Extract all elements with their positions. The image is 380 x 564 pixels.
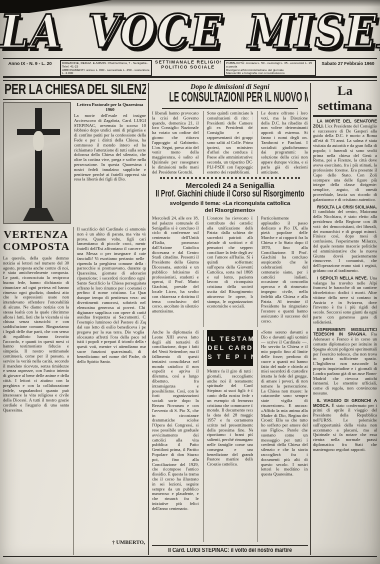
consultations-col-3: Le destre offrono i loro voti, ma la Dir… [257, 111, 308, 174]
left-top-row: Lettera Pastorale per la Quaresima 1960 … [3, 102, 146, 224]
column-rule-left [148, 83, 149, 555]
paper-type: SETTIMANALE RELIGIOSO POLITICO SOCIALE [155, 60, 221, 76]
week-item-text: L'ex Presidente del Consiglio e successo… [313, 123, 377, 201]
christ-figure [33, 131, 44, 151]
testament-quotes-column: «Sono sereno davanti a Dio e davanti agl… [257, 330, 308, 542]
week-item: LA MORTE DEL SENATORE ZOLI. L'ex Preside… [313, 119, 377, 202]
week-item: IL VIAGGIO DI GRONCHI A MOSCA. È stato c… [313, 398, 377, 452]
event-col-1: Mercoledì 24, alle ore 18, nel palazzo c… [152, 216, 199, 327]
vertenza-body: La querela, della quale demmo notizia ai… [3, 256, 69, 546]
testament-column: IL TESTAMENTO DEL CARDINALE S T E P I N … [203, 330, 254, 542]
bishop-signature: † UMBERTO, Vescovo [112, 539, 146, 545]
pastoral-letter-body: Il sacrificio del Cardinale ci ammonisce… [77, 227, 146, 539]
ads-info-box: PUBBLICITÀ: cronaca L. 50 - necrologi L.… [224, 60, 316, 76]
crucifix-photo [3, 102, 71, 224]
cross-base [23, 208, 54, 221]
left-lower-columns: VERTENZA COMPOSTA La querela, della qual… [3, 227, 146, 555]
testament-box-line3: S T E P I N A C [208, 353, 253, 362]
cross-vertical-bar [35, 108, 42, 210]
week-item-text: Il candidato del centro, Maiorana della … [313, 209, 377, 273]
column-rule-right [310, 83, 311, 555]
content-top-rule [3, 80, 377, 81]
consultations-headline: LE CONSULTAZIONI PER IL NUOVO MINISTERO [169, 90, 291, 109]
pastoral-letter-intro: Lettera Pastorale per la Quaresima 1960 … [74, 102, 146, 224]
event-columns: Mercoledì 24, alle ore 18, nel palazzo c… [152, 216, 308, 327]
newspaper-page: LA VOCE MISENA Anno IX - N. 9 - L. 20 DI… [0, 0, 380, 564]
lower-columns: Anche la diplomazia di Leone XIII aveva … [152, 330, 308, 542]
week-item-text: Fra Adenauer e Franco è in corso un cont… [313, 332, 377, 396]
admin-info-box: DIREZIONE, REDAZ. E AMMIN.: Piazza Roma,… [60, 60, 152, 76]
consultations-col-2: Sono quindi cominciate le consultazioni … [203, 111, 254, 174]
week-item: ESPERIMENTI MISSILISTICI TEDESCHI IN SPA… [313, 327, 377, 396]
pastoral-letter-continuation: Il sacrificio del Cardinale ci ammonisce… [73, 227, 146, 555]
history-column: Anche la diplomazia di Leone XIII aveva … [152, 330, 199, 542]
stepinac-caption: Il Card. LUIGI STEPINAC: il volto del no… [164, 546, 297, 555]
content-bottom-rule [3, 556, 377, 557]
week-headline: La settimana [313, 83, 377, 117]
event-col-2: L'oratore ha rievocato il contributo dei… [203, 216, 254, 327]
section-church-of-silence: PER LA CHIESA DEL SILENZIO Lettera Pasto… [3, 83, 146, 555]
testament-box: IL TESTAMENTO DEL CARDINALE S T E P I N … [207, 330, 254, 366]
week-item-text: Una valanga ha travolto nelle Alpi franc… [313, 275, 377, 324]
masthead-title: LA VOCE MISENA [0, 5, 380, 61]
consultations-col-1: I liberali hanno provocato la crisi del … [152, 111, 199, 174]
issue-date: Sabato 27 Febbraio 1960 [319, 60, 377, 76]
left-headline: PER LA CHIESA DEL SILENZIO [4, 83, 144, 100]
pastoral-letter-intro-text: La morte dell'esule ed insigne Arcivesco… [74, 113, 146, 182]
week-item-lead: ESPERIMENTI MISSILISTICI TEDESCHI IN SPA… [313, 327, 377, 337]
vertenza-headline: VERTENZA COMPOSTA [3, 229, 69, 253]
event-headline: Il Prof. Giachini chiude il Corso sul Ri… [152, 188, 308, 203]
section-separator [160, 177, 300, 179]
week-item-text: È stato confermato per i primi di aprile… [313, 403, 377, 452]
section-center: Dopo le dimissioni di Segni LE CONSULTAZ… [152, 83, 308, 555]
testament-box-line1: IL TESTAMENTO [208, 335, 253, 344]
dateline-strip: Anno IX - N. 9 - L. 20 DIREZIONE, REDAZ.… [3, 58, 377, 78]
section-la-settimana: La settimana LA MORTE DEL SENATORE ZOLI.… [313, 83, 377, 555]
consultations-columns: I liberali hanno provocato la crisi del … [152, 111, 308, 174]
paper-type-line2: POLITICO SOCIALE [155, 64, 221, 69]
testament-box-line2: DEL CARDINALE [208, 344, 253, 353]
pastoral-letter-subtitle: Lettera Pastorale per la Quaresima 1960 [74, 102, 146, 112]
testament-intro: Mentre fa il giro di tutti i giornali, r… [207, 369, 254, 537]
event-col-3: Particolarmente applaudito il passo dedi… [257, 216, 308, 327]
week-items: LA MORTE DEL SENATORE ZOLI. L'ex Preside… [313, 119, 377, 555]
week-item: RISOLTA LA CRISI SICILIANA. Il candidato… [313, 205, 377, 274]
event-subtitle: svolgendo il tema: «La riconquista catto… [166, 201, 294, 214]
vertenza-article: VERTENZA COMPOSTA La querela, della qual… [3, 227, 69, 555]
issue-number: Anno IX - N. 9 - L. 20 [3, 60, 57, 76]
week-item: I SEPOLTI NELLA NEVE. Una valanga ha tra… [313, 276, 377, 325]
